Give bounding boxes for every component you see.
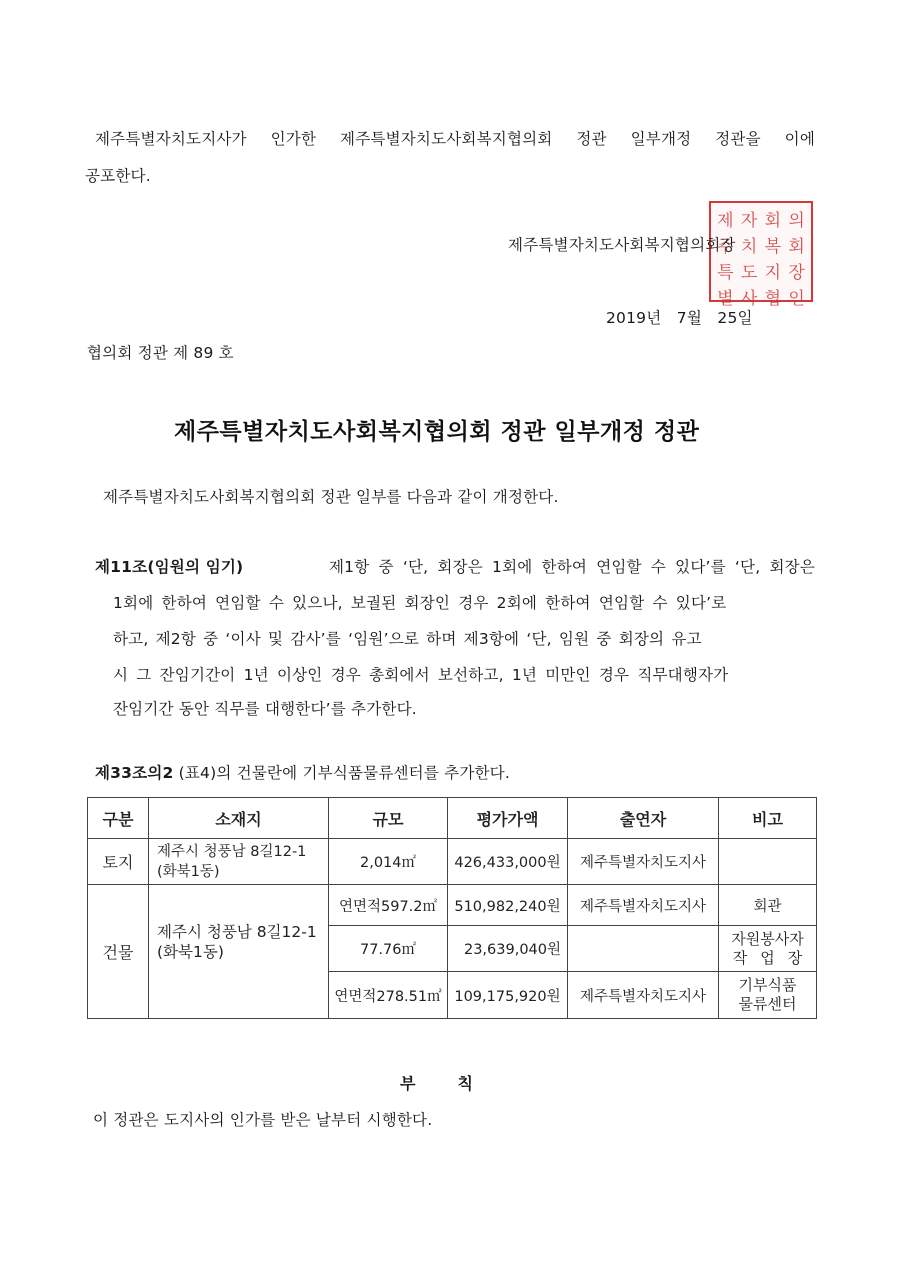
article-11-line-5: 잔임기간 동안 직무를 대행한다’를 추가한다. — [113, 697, 417, 719]
cell-donor — [568, 926, 719, 972]
table-header-row: 구분 소재지 규모 평가가액 출연자 비고 — [88, 798, 817, 839]
header-category: 구분 — [88, 798, 149, 839]
seal-char: 장 — [785, 258, 808, 283]
header-value: 평가가액 — [448, 798, 568, 839]
seal-char: 복 — [762, 232, 785, 257]
seal-char: 특 — [714, 258, 737, 283]
word: 인가한 — [271, 127, 317, 149]
cell-size: 연면적597.2㎡ — [329, 885, 448, 926]
article-33-heading: 제33조의2 — [95, 764, 173, 782]
cell-note — [719, 839, 817, 885]
location-line-2: (화북1동) — [157, 942, 328, 962]
promulgation-line-1: 제주특별자치도지사가 인가한 제주특별자치도사회복지협의회 정관 일부개정 정관… — [95, 127, 815, 149]
article-11-line-2: 1회에 한하여 연임할 수 있으나, 보궐된 회장인 경우 2회에 한하여 연임… — [113, 591, 726, 613]
seal-char: 의 — [785, 206, 808, 231]
cell-note: 자원봉사자 작업장 — [719, 926, 817, 972]
seal-char: 도 — [738, 258, 761, 283]
cell-note: 기부식품 물류센터 — [719, 972, 817, 1019]
seal-char: 회 — [762, 206, 785, 231]
location-line-2: (화북1동) — [157, 862, 328, 882]
seal-char: 지 — [762, 258, 785, 283]
cell-size: 연면적278.51㎡ — [329, 972, 448, 1019]
table-row-building-1: 건물 제주시 청풍남 8길12-1 (화북1동) 연면적597.2㎡ 510,9… — [88, 885, 817, 926]
intro-text: 제주특별자치도사회복지협의회 정관 일부를 다음과 같이 개정한다. — [103, 485, 559, 507]
note-line-2: 물류센터 — [719, 995, 816, 1014]
location-line-1: 제주시 청풍남 8길12-1 — [157, 842, 328, 862]
word: 일부개정 — [631, 127, 692, 149]
cell-category: 토지 — [88, 839, 149, 885]
regulation-number: 협의회 정관 제 89 호 — [87, 341, 234, 363]
asset-table: 구분 소재지 규모 평가가액 출연자 비고 토지 제주시 청풍남 8길12-1 … — [87, 797, 817, 1019]
note-line-1: 기부식품 — [719, 976, 816, 995]
promulgation-line-2: 공포한다. — [85, 164, 151, 186]
cell-location: 제주시 청풍남 8길12-1 (화북1동) — [149, 839, 329, 885]
article-11-line-1: 제11조(임원의 임기) 제1항 중 ‘단, 회장은 1회에 한하여 연임할 수… — [95, 555, 815, 577]
seal-char: 자 — [738, 206, 761, 231]
cell-note: 회관 — [719, 885, 817, 926]
cell-donor: 제주특별자치도지사 — [568, 885, 719, 926]
header-size: 규모 — [329, 798, 448, 839]
cell-value: 510,982,240원 — [448, 885, 568, 926]
promulgation-date: 2019년 7월 25일 — [606, 306, 753, 328]
article-11-line-4: 시 그 잔임기간이 1년 이상인 경우 총회에서 보선하고, 1년 미만인 경우… — [113, 663, 728, 685]
article-11-heading: 제11조(임원의 임기) — [95, 555, 243, 577]
table-row-land: 토지 제주시 청풍남 8길12-1 (화북1동) 2,014㎡ 426,433,… — [88, 839, 817, 885]
cell-value: 109,175,920원 — [448, 972, 568, 1019]
seal-char: 협 — [762, 284, 785, 309]
supplementary-text: 이 정관은 도지사의 인가를 받은 날부터 시행한다. — [93, 1108, 432, 1130]
header-location: 소재지 — [149, 798, 329, 839]
word: 제주특별자치도사회복지협의회 — [340, 127, 552, 149]
word: 이에 — [785, 127, 815, 149]
word: 정관 — [576, 127, 606, 149]
cell-donor: 제주특별자치도지사 — [568, 839, 719, 885]
word: 정관을 — [715, 127, 761, 149]
article-33-text: (표4)의 건물란에 기부식품물류센터를 추가한다. — [179, 764, 510, 782]
note-line-2: 작업장 — [719, 949, 816, 968]
note-line-1: 자원봉사자 — [719, 930, 816, 949]
heading-char: 칙 — [457, 1071, 472, 1094]
seal-char: 인 — [785, 284, 808, 309]
heading-char: 부 — [400, 1071, 415, 1094]
seal-char: 치 — [738, 232, 761, 257]
word: 제주특별자치도지사가 — [95, 127, 247, 149]
cell-category: 건물 — [88, 885, 149, 1019]
header-donor: 출연자 — [568, 798, 719, 839]
supplementary-heading: 부 칙 — [400, 1071, 473, 1094]
seal-char: 회 — [785, 232, 808, 257]
cell-location: 제주시 청풍남 8길12-1 (화북1동) — [149, 885, 329, 1019]
article-11-line-3: 하고, 제2항 중 ‘이사 및 감사’를 ‘임원’으로 하며 제3항에 ‘단, … — [113, 627, 702, 649]
cell-size: 77.76㎡ — [329, 926, 448, 972]
cell-size: 2,014㎡ — [329, 839, 448, 885]
article-33: 제33조의2 (표4)의 건물란에 기부식품물류센터를 추가한다. — [95, 761, 510, 783]
signatory: 제주특별자치도사회복지협의회장 — [508, 233, 736, 255]
header-note: 비고 — [719, 798, 817, 839]
cell-donor: 제주특별자치도지사 — [568, 972, 719, 1019]
cell-value: 426,433,000원 — [448, 839, 568, 885]
document-title: 제주특별자치도사회복지협의회 정관 일부개정 정관 — [174, 413, 699, 446]
location-line-1: 제주시 청풍남 8길12-1 — [157, 922, 328, 942]
seal-char: 제 — [714, 206, 737, 231]
cell-value: 23,639,040원 — [448, 926, 568, 972]
article-11-text: 제1항 중 ‘단, 회장은 1회에 한하여 연임할 수 있다’를 ‘단, 회장은 — [329, 555, 815, 577]
